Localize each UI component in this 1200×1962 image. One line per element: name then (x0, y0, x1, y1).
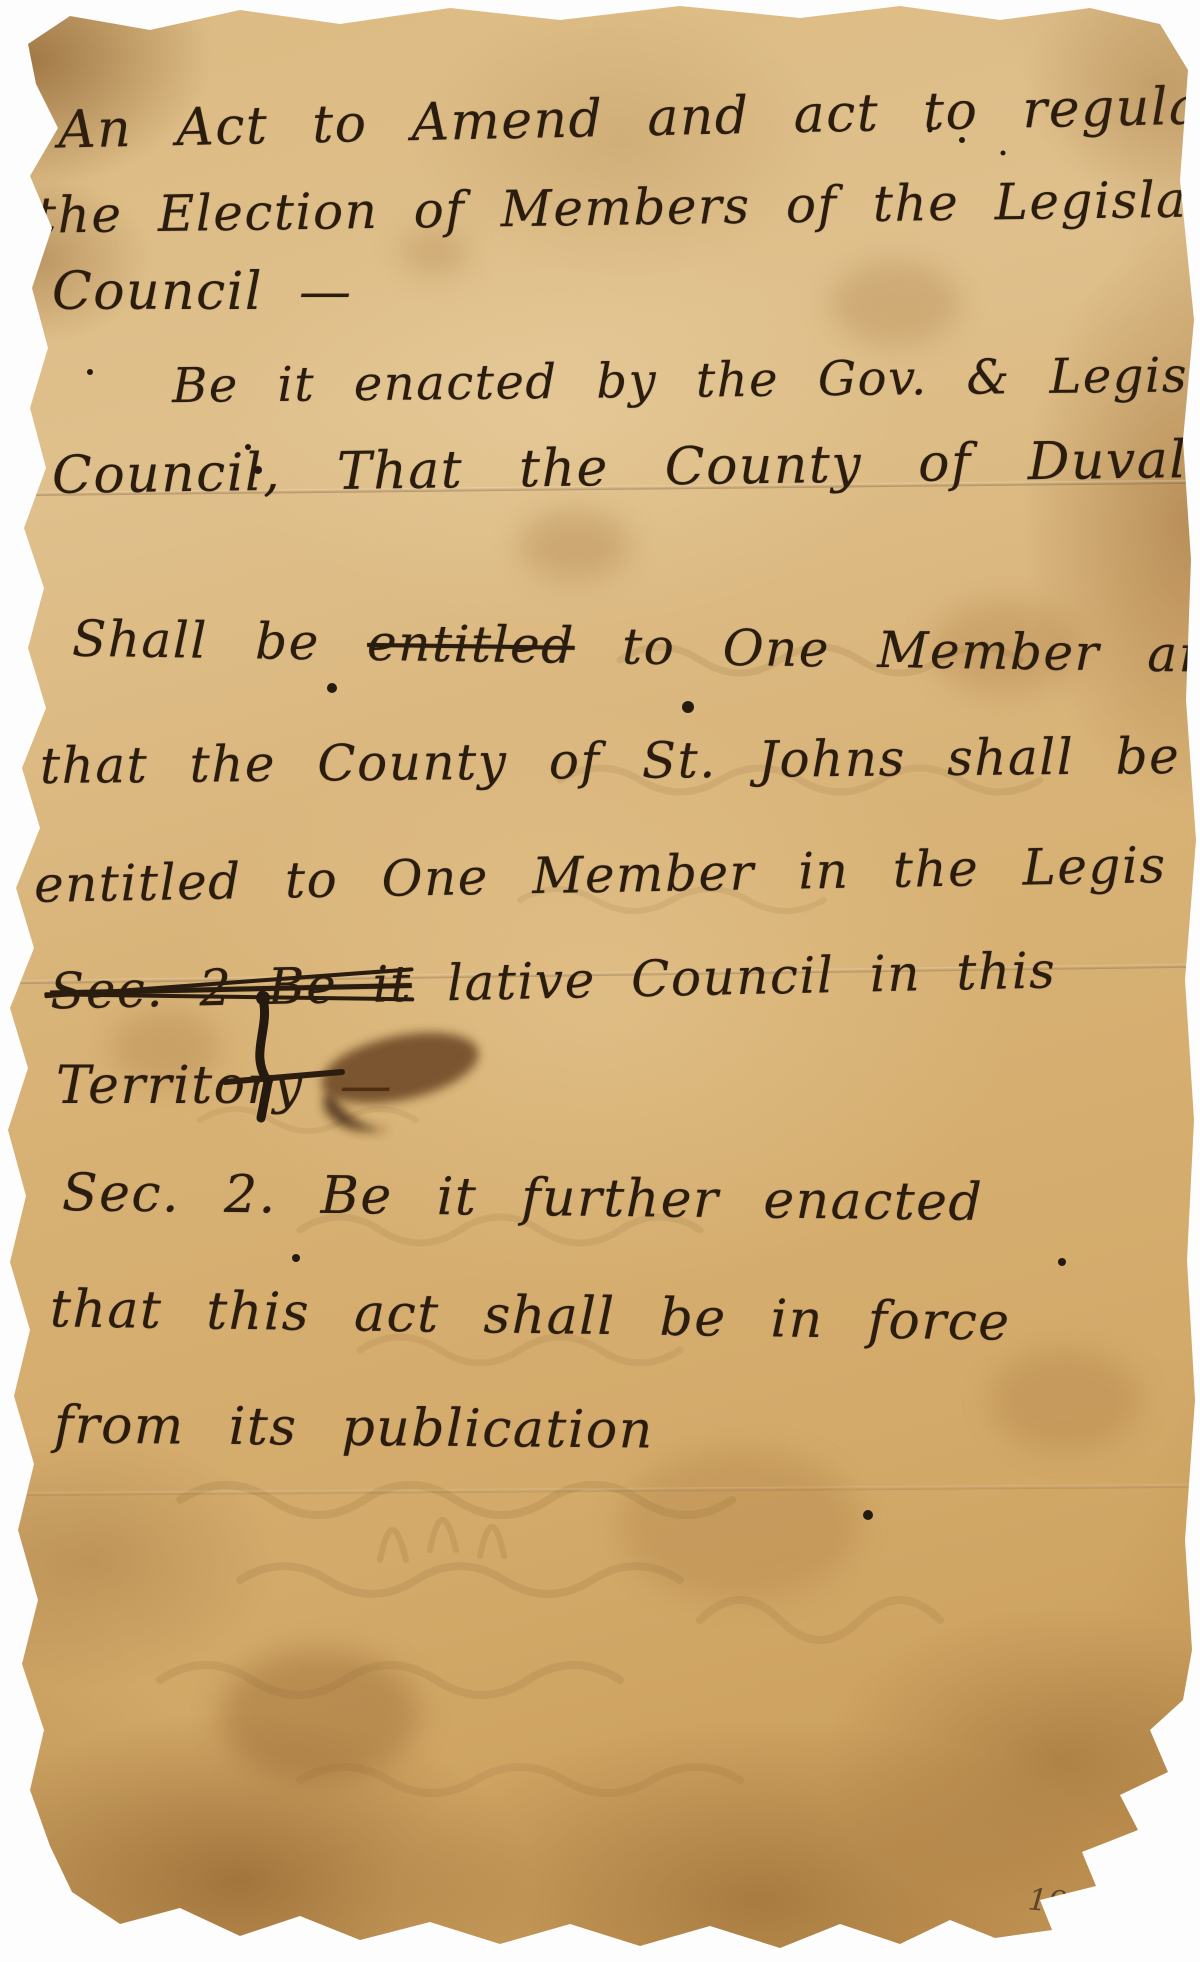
manuscript-line: that the County of St. Johns shall be (40, 727, 1181, 795)
line-text: the Election of Members of the Legislati… (36, 169, 1200, 244)
line-text: lative Council in this (411, 941, 1057, 1012)
manuscript-line: Territory — (56, 1056, 393, 1116)
manuscript-line: Shall be entitled to One Member and (72, 610, 1200, 684)
paper-stain (620, 1450, 860, 1600)
manuscript-line: that this act shall be in force (50, 1279, 1011, 1352)
line-text: An Act to Amend and act to regulate (58, 75, 1200, 160)
line-text: from its publication (54, 1395, 654, 1460)
manuscript-line: Sec. 2 Be it lative Council in this (50, 941, 1057, 1020)
line-text: that the County of St. Johns shall be (40, 727, 1181, 795)
manuscript-line: Sec. 2. Be it further enacted (62, 1163, 984, 1233)
line-text: Shall be (72, 610, 368, 672)
fold-crease (0, 1484, 1200, 1496)
scribbled-out-text: Sec. 2 Be it (50, 955, 413, 1021)
manuscript-line: Be it enacted by the Gov. & Legislative (172, 346, 1200, 414)
line-text: Be it enacted by the Gov. & Legislative (172, 346, 1200, 414)
manuscript-line: Council, That the County of Duval (52, 430, 1188, 506)
paper-stain (990, 1350, 1140, 1450)
line-text: that this act shall be in force (50, 1279, 1011, 1352)
line-text: Sec. 2. Be it further enacted (62, 1163, 984, 1233)
paper-stain (220, 1650, 420, 1780)
manuscript-line: entitled to One Member in the Legis (34, 836, 1167, 914)
line-text: Territory — (56, 1056, 393, 1116)
page-number: 19 (1027, 1882, 1070, 1920)
manuscript-line: from its publication (54, 1395, 654, 1460)
line-text: to One Member and (574, 617, 1200, 684)
manuscript-paper: An Act to Amend and act to regulate the … (0, 0, 1200, 1962)
manuscript-line: the Election of Members of the Legislati… (36, 169, 1200, 244)
line-text: Council, That the County of Duval (52, 430, 1188, 506)
line-text: Council — (52, 262, 353, 322)
manuscript-line: Council — (52, 262, 353, 322)
paper-stain (520, 510, 630, 580)
manuscript-line: An Act to Amend and act to regulate (58, 75, 1200, 160)
paper-stain (830, 260, 960, 345)
struck-text: entitled (367, 614, 575, 675)
line-text: entitled to One Member in the Legis (34, 836, 1167, 914)
document-scan: An Act to Amend and act to regulate the … (0, 0, 1200, 1962)
